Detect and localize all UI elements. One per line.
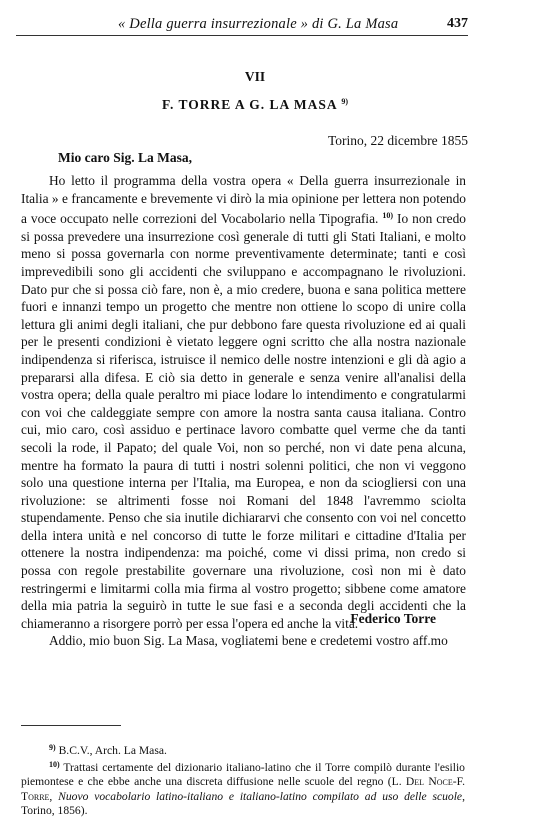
footnote-10: 10) Trattasi certamente del dizionario i… — [21, 758, 465, 818]
footnote-text: B.C.V., Arch. La Masa. — [59, 744, 167, 757]
footnote-text: Trattasi certamente del dizionario itali… — [21, 761, 465, 788]
footnote-mark: 10) — [49, 760, 60, 769]
signature: Federico Torre — [350, 611, 436, 627]
section-number: VII — [0, 69, 510, 85]
footnote-9: 9) B.C.V., Arch. La Masa. — [21, 741, 465, 758]
paragraph-1: Ho letto il programma della vostra opera… — [21, 172, 466, 632]
place-date: Torino, 22 dicembre 1855 — [328, 133, 468, 149]
running-title: « Della guerra insurrezionale » di G. La… — [118, 16, 398, 33]
author-name: Del Noce — [406, 775, 453, 788]
footnote-divider — [21, 725, 121, 726]
book-title: Nuovo vocabolario latino-italiano e ital… — [58, 790, 462, 803]
author-separator: -F. — [453, 775, 465, 788]
letter-body: Ho letto il programma della vostra opera… — [21, 172, 466, 650]
running-head: « Della guerra insurrezionale » di G. La… — [16, 15, 468, 36]
author-name: Torre — [21, 790, 49, 803]
salutation: Mio caro Sig. La Masa, — [58, 150, 192, 166]
footnotes: 9) B.C.V., Arch. La Masa. 10) Trattasi c… — [21, 741, 465, 818]
footnote-ref-9[interactable]: 9) — [341, 97, 348, 106]
footnote-ref-10[interactable]: 10) — [382, 211, 393, 220]
paragraph-2: Addio, mio buon Sig. La Masa, vogliatemi… — [21, 632, 466, 650]
letter-title-text: F. TORRE A G. LA MASA — [162, 97, 337, 112]
page-number: 437 — [447, 16, 468, 32]
paragraph-1-part-2: Io non credo si possa prevedere una insu… — [21, 211, 466, 631]
letter-title: F. TORRE A G. LA MASA 9) — [0, 97, 510, 113]
punctuation: , — [49, 790, 52, 803]
footnote-mark: 9) — [49, 743, 56, 752]
